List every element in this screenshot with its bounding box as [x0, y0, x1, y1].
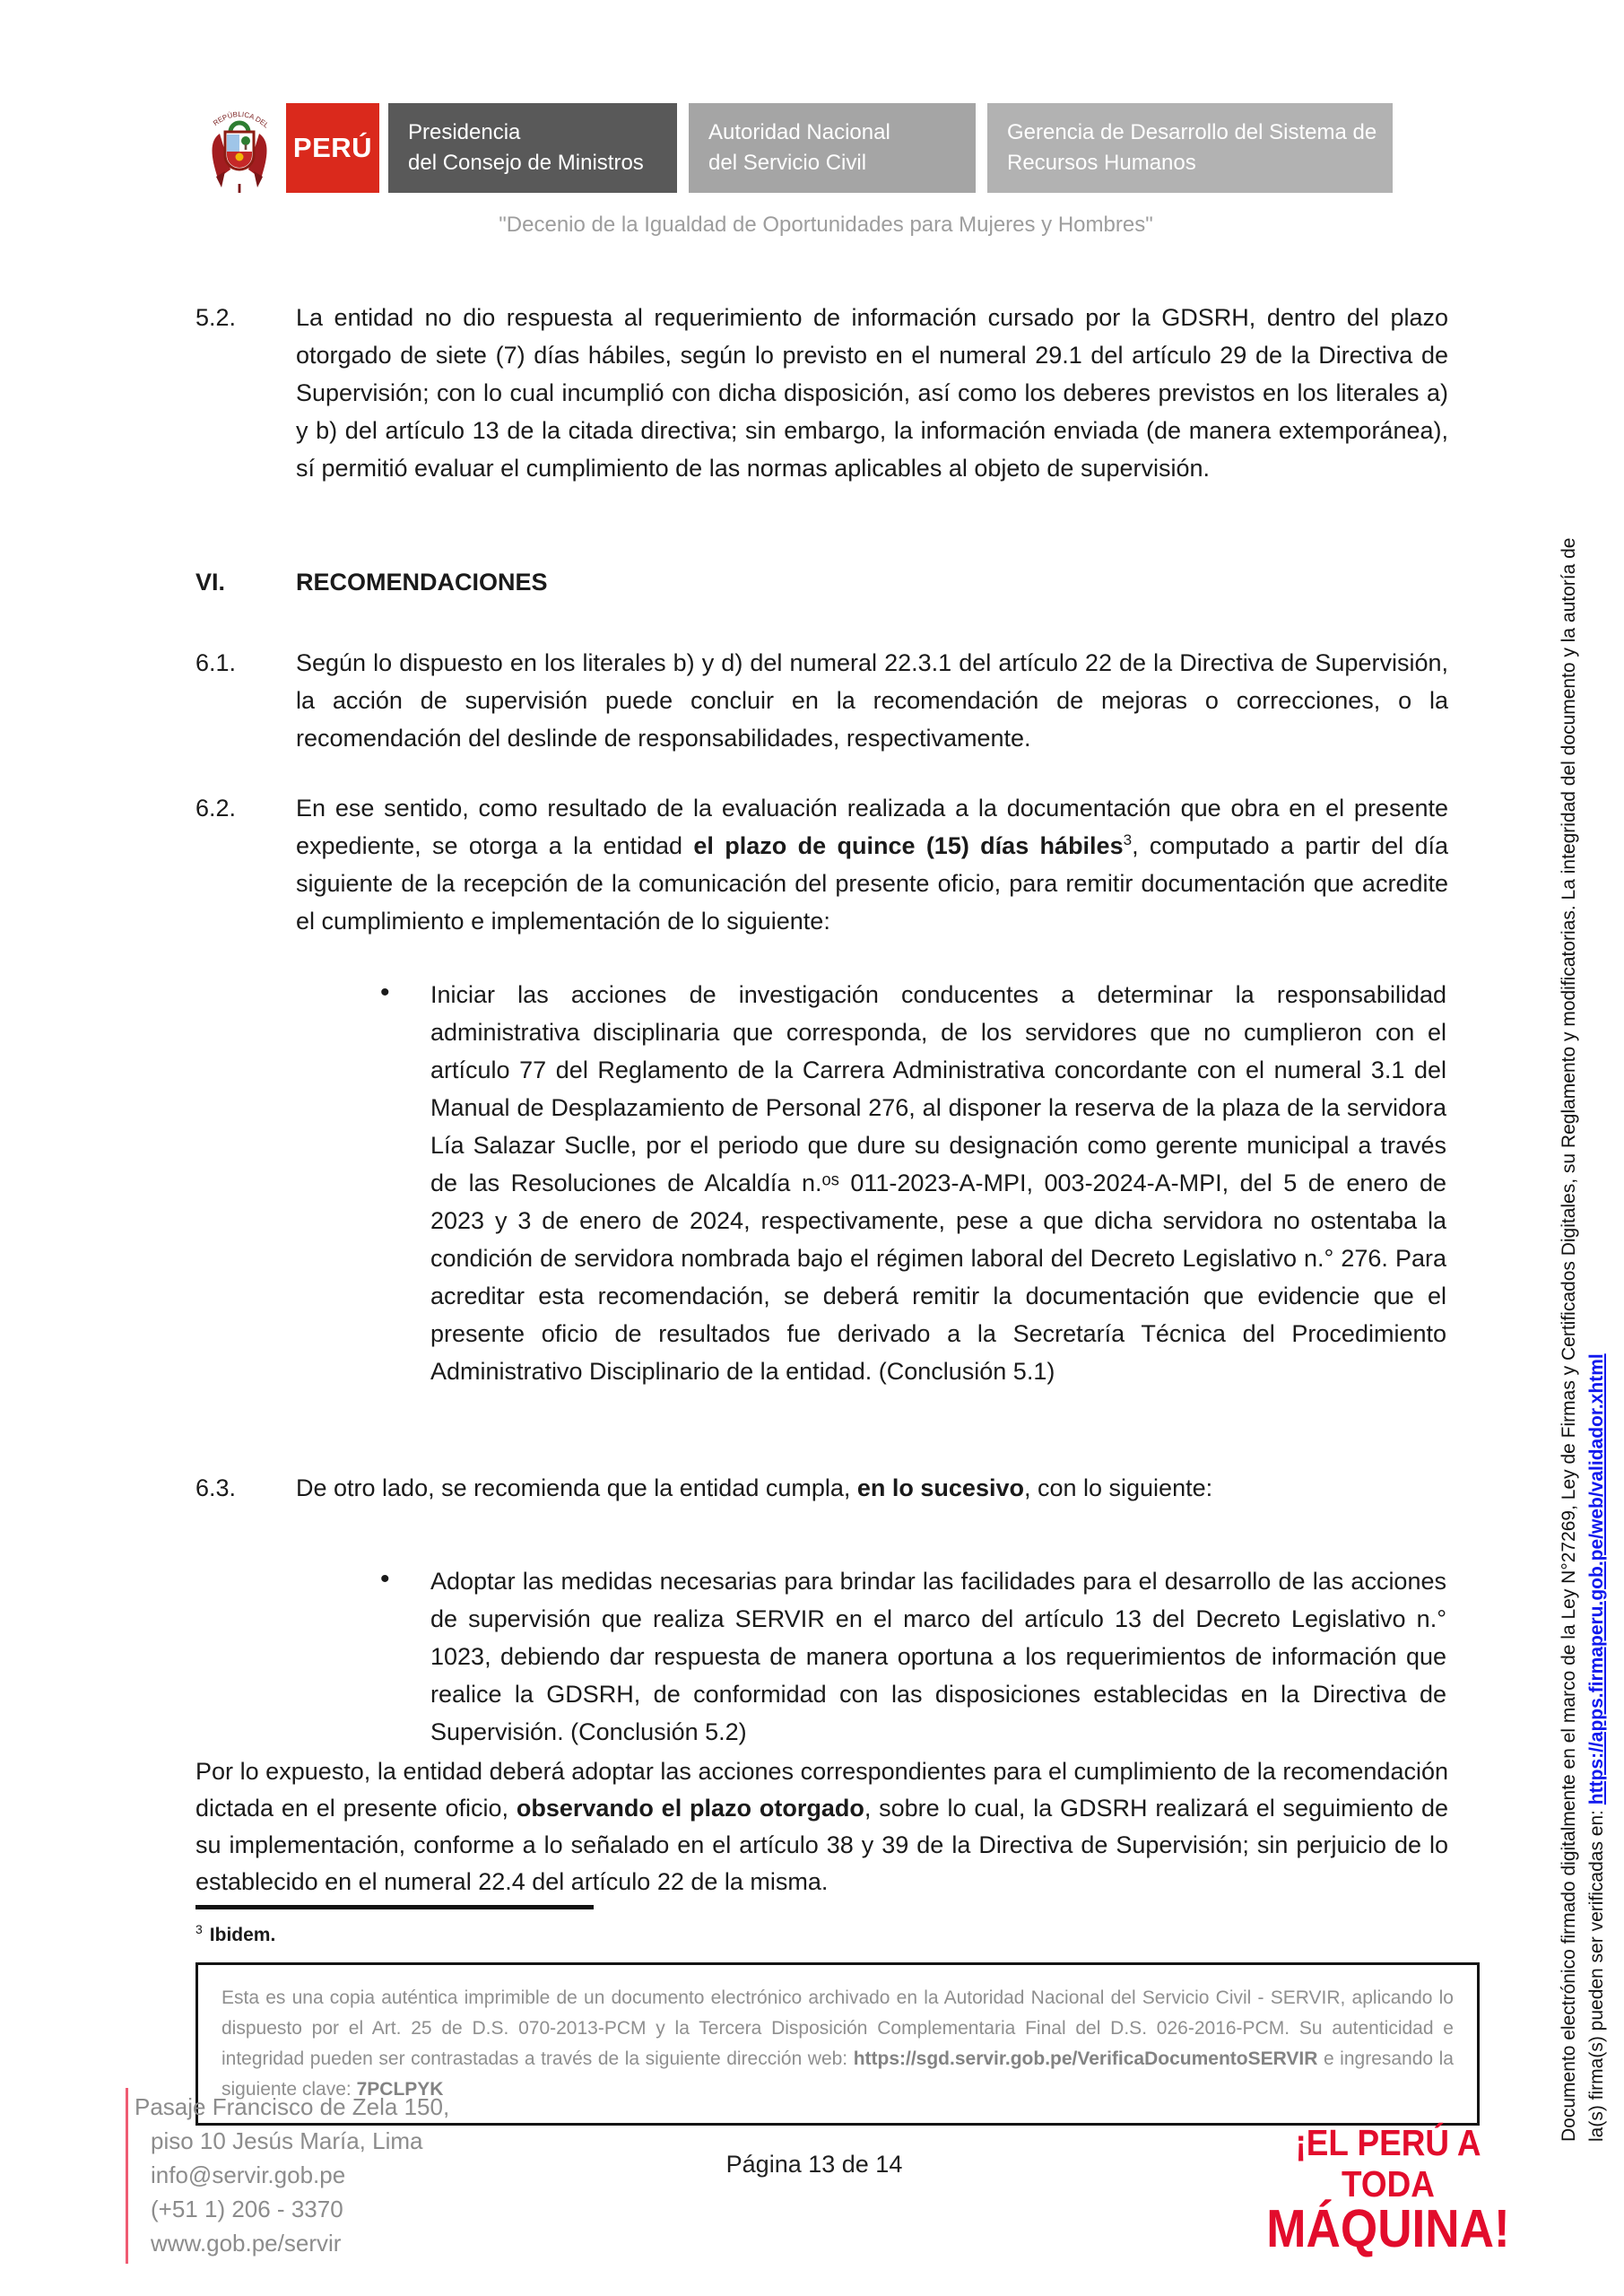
footer-address: Pasaje Francisco de Zela 150, piso 10 Je…: [135, 2090, 449, 2260]
footnote-3: 3Ibidem.: [195, 1925, 275, 1946]
footnote-ref-3: 3: [1124, 831, 1132, 848]
footnote-text: Ibidem.: [210, 1925, 276, 1945]
slogan-line2: MÁQUINA!: [1251, 2205, 1525, 2253]
address-website: www.gob.pe/servir: [135, 2226, 449, 2260]
signature-note-line2: la(s) firma(s) pueden ser verificadas en…: [1583, 352, 1611, 2142]
footer-accent-line: [126, 2088, 128, 2264]
bullet-text: Adoptar las medidas necesarias para brin…: [430, 1562, 1446, 1751]
servir-line1: Autoridad Nacional: [708, 117, 976, 148]
bold-deadline: el plazo de quince (15) días hábiles: [693, 832, 1123, 859]
heading-recomendaciones: VI. RECOMENDACIONES: [195, 563, 1448, 601]
header-motto: "Decenio de la Igualdad de Oportunidades…: [204, 213, 1448, 238]
address-line: piso 10 Jesús María, Lima: [135, 2124, 449, 2158]
section-text: La entidad no dio respuesta al requerimi…: [296, 299, 1448, 487]
peru-brand-label: PERÚ: [293, 132, 372, 164]
closing-paragraph: Por lo expuesto, la entidad deberá adopt…: [195, 1753, 1448, 1900]
section-text: En ese sentido, como resultado de la eva…: [296, 789, 1448, 940]
bold-en-lo-sucesivo: en lo sucesivo: [857, 1474, 1024, 1501]
section-6-3: 6.3. De otro lado, se recomienda que la …: [195, 1469, 1448, 1507]
section-number: 5.2.: [195, 299, 236, 336]
section-number: 6.1.: [195, 644, 236, 682]
text-run: De otro lado, se recomienda que la entid…: [296, 1474, 857, 1501]
page-number: Página 13 de 14: [680, 2151, 949, 2179]
section-5-2: 5.2. La entidad no dio respuesta al requ…: [195, 299, 1448, 487]
verification-url: https://sgd.servir.gob.pe/VerificaDocume…: [854, 2048, 1318, 2069]
peru-brand-block: PERÚ: [286, 103, 379, 193]
address-phone: (+51 1) 206 - 3370: [135, 2192, 449, 2226]
digital-signature-sidebar: Documento electrónico firmado digitalmen…: [1555, 352, 1611, 2142]
section-number: 6.3.: [195, 1469, 236, 1507]
servir-line2: del Servicio Civil: [708, 148, 976, 178]
section-6-1: 6.1. Según lo dispuesto en los literales…: [195, 644, 1448, 757]
bullet-icon: •: [380, 974, 390, 1012]
footer-slogan: ¡EL PERÚ A TODA MÁQUINA!: [1251, 2122, 1525, 2253]
bullet-item-1: • Iniciar las acciones de investigación …: [377, 976, 1446, 1390]
section-number: 6.2.: [195, 789, 236, 827]
section-text: Según lo dispuesto en los literales b) y…: [296, 644, 1448, 757]
bullet-icon: •: [380, 1561, 390, 1598]
slogan-line1: ¡EL PERÚ A TODA: [1251, 2122, 1525, 2205]
header-block-pcm: Presidencia del Consejo de Ministros: [388, 103, 677, 193]
document-page: REPÚBLICA DEL PERÚ PERÚ Presidencia del …: [0, 0, 1624, 2296]
pcm-line1: Presidencia: [408, 117, 677, 148]
footnote-separator: [195, 1905, 594, 1909]
gdsrh-line1: Gerencia de Desarrollo del Sistema de: [1007, 117, 1393, 148]
signature-note-line1: Documento electrónico firmado digitalmen…: [1555, 352, 1583, 2142]
bullet-text: Iniciar las acciones de investigación co…: [430, 976, 1446, 1390]
section-6-2: 6.2. En ese sentido, como resultado de l…: [195, 789, 1448, 940]
address-line: Pasaje Francisco de Zela 150,: [135, 2090, 449, 2124]
closing-text: Por lo expuesto, la entidad deberá adopt…: [195, 1753, 1448, 1900]
peru-coat-of-arms-icon: REPÚBLICA DEL PERÚ: [204, 101, 275, 195]
pcm-line2: del Consejo de Ministros: [408, 148, 677, 178]
heading-number: VI.: [195, 563, 225, 601]
header-block-gdsrh: Gerencia de Desarrollo del Sistema de Re…: [987, 103, 1393, 193]
footnote-number: 3: [195, 1922, 203, 1936]
heading-title: RECOMENDACIONES: [296, 563, 1448, 601]
bold-plazo-otorgado: observando el plazo otorgado: [517, 1795, 864, 1822]
header-block-servir: Autoridad Nacional del Servicio Civil: [689, 103, 976, 193]
gdsrh-line2: Recursos Humanos: [1007, 148, 1393, 178]
section-text: De otro lado, se recomienda que la entid…: [296, 1469, 1448, 1507]
validator-link[interactable]: https://apps.firmaperu.gob.pe/web/valida…: [1586, 1353, 1607, 1805]
bullet-item-2: • Adoptar las medidas necesarias para br…: [377, 1562, 1446, 1751]
text-run: la(s) firma(s) pueden ser verificadas en…: [1586, 1805, 1607, 2142]
address-email: info@servir.gob.pe: [135, 2158, 449, 2192]
svg-text:REPÚBLICA DEL PERÚ: REPÚBLICA DEL PERÚ: [204, 101, 271, 130]
text-run: , con lo siguiente:: [1024, 1474, 1212, 1501]
institutional-header: REPÚBLICA DEL PERÚ PERÚ Presidencia del …: [204, 101, 1393, 195]
